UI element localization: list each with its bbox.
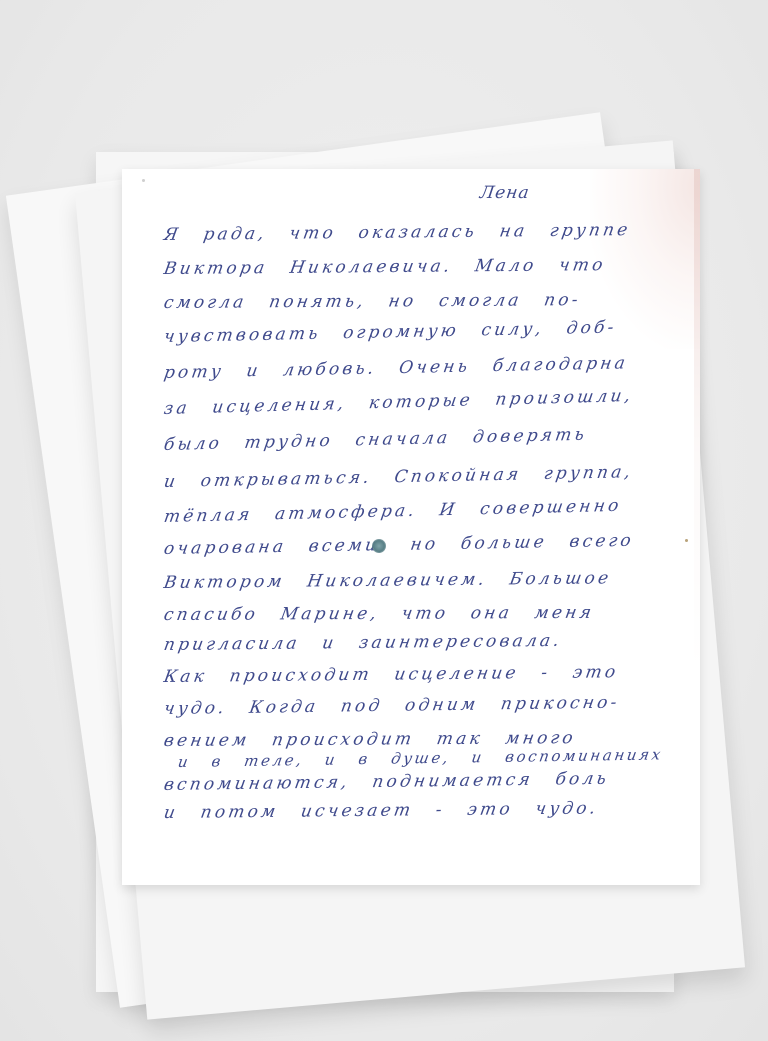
ink-blot: [372, 539, 386, 553]
letter-line: за исцеления, которые произошли,: [163, 386, 635, 419]
letter-line: спасибо Марине, что она меня: [162, 603, 595, 625]
letter-line: роту и любовь. Очень благодарна: [162, 353, 629, 383]
letter-line: Виктором Николаевичем. Большое: [162, 568, 613, 593]
letter-line: очарована всеми, но больше всего: [162, 531, 635, 559]
letter-line: тёплая атмосфера. И совершенно: [162, 496, 623, 527]
letter-salutation: Лена: [479, 183, 531, 203]
letter-line: чудо. Когда под одним прикосно-: [162, 693, 621, 719]
letter-page: Лена Я рада, что оказалась на группе Вик…: [122, 169, 700, 885]
letter-line: было трудно сначала доверять: [162, 425, 588, 455]
letter-line: Как происходит исцеление - это: [162, 662, 620, 687]
letter-line: Виктора Николаевича. Мало что: [162, 255, 607, 279]
letter-line: вспоминаются, поднимается боль: [162, 769, 610, 795]
paper-speck: [142, 179, 145, 182]
paper-speck: [685, 539, 688, 542]
handwritten-letter: Лена Я рада, что оказалась на группе Вик…: [122, 169, 700, 885]
letter-line: чувствовать огромную силу, доб-: [162, 317, 618, 347]
letter-line: смогла понять, но смогла по-: [162, 290, 582, 313]
letter-line: и открываться. Спокойная группа,: [162, 462, 634, 492]
letter-line: пригласила и заинтересовала.: [162, 631, 563, 655]
letter-line: Я рада, что оказалась на группе: [162, 220, 632, 245]
letter-line: и потом исчезает - это чудо.: [162, 798, 600, 823]
